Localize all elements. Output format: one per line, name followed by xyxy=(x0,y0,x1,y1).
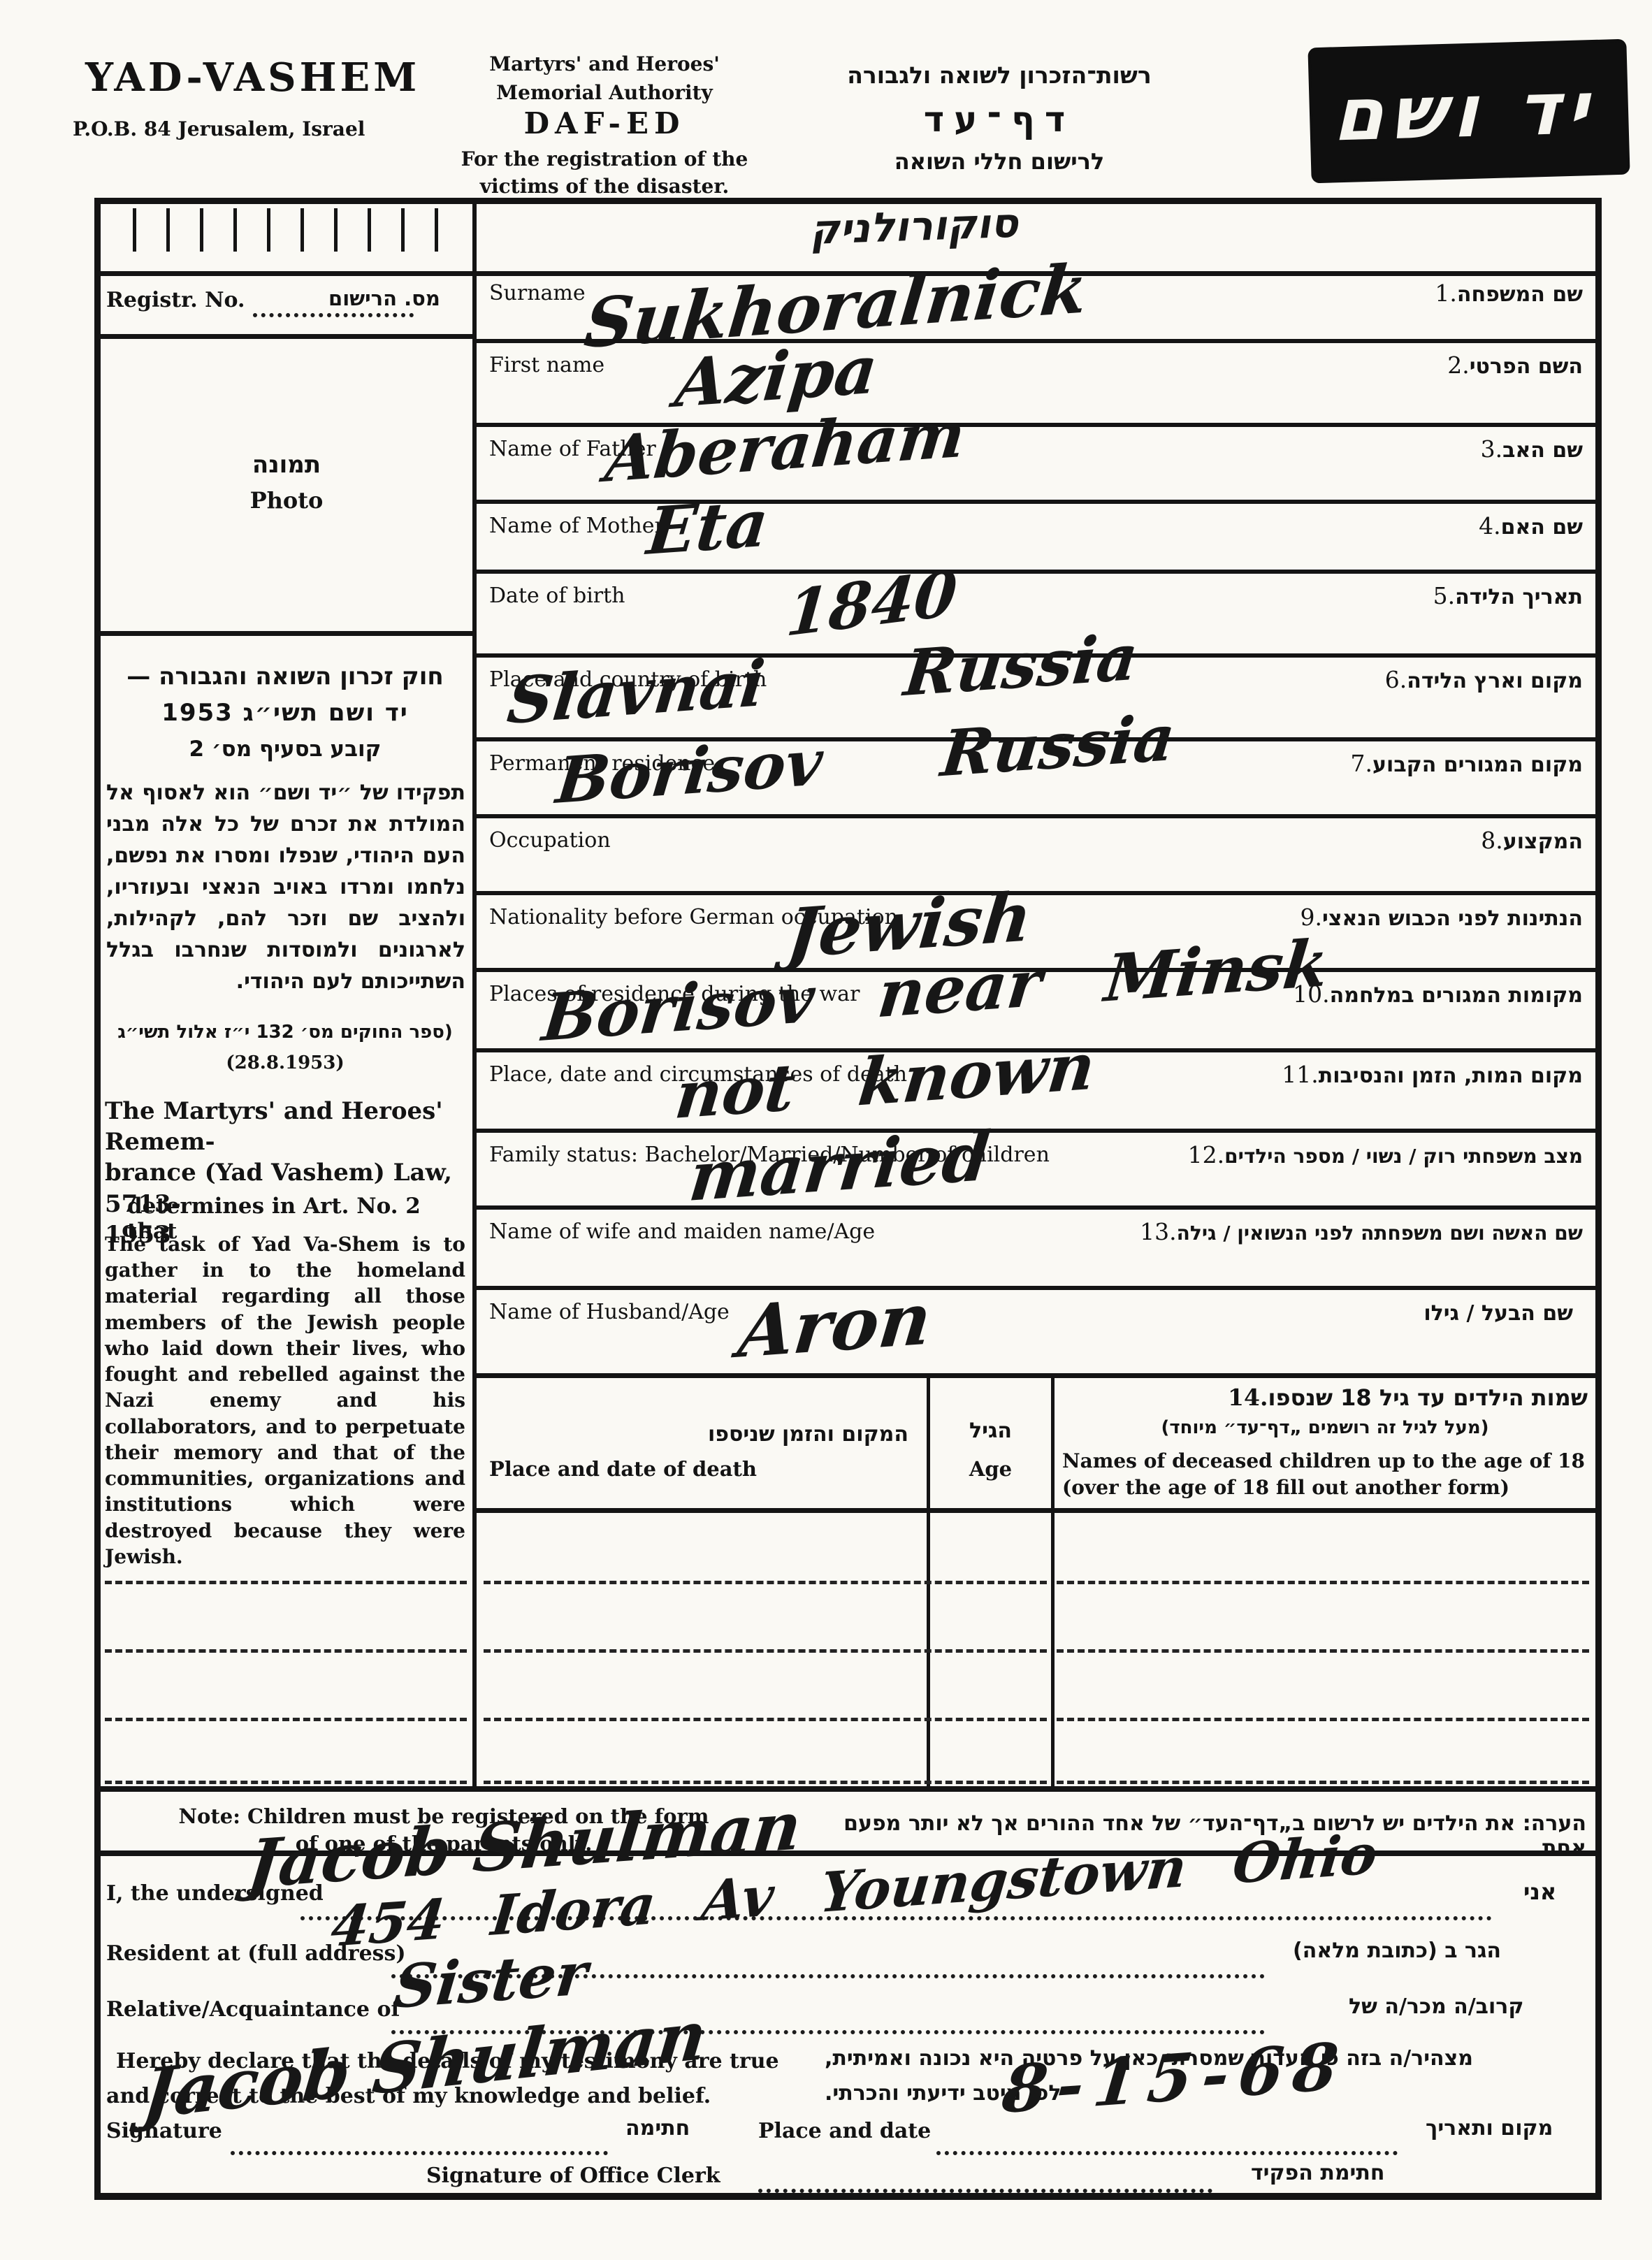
law-body: The task of Yad Va-Shem is to gather in … xyxy=(105,1231,465,1570)
authority-name: Martyrs' and Heroes' Memorial Authority xyxy=(437,50,772,107)
law-title-hebrew-line2: יד ושם תשי״ג 1953 xyxy=(105,699,465,727)
signature-fill-line xyxy=(231,2151,608,2155)
field-number: .12 xyxy=(1188,1141,1225,1168)
children-names-subheader: (over the age of 18 fill out another for… xyxy=(1062,1476,1588,1499)
registr-digit-tick xyxy=(166,208,170,252)
clerk-signature-label-hebrew: חתימת הפקיד xyxy=(1251,2161,1481,2185)
place-date-label-hebrew: מקום ותאריך xyxy=(1426,2116,1586,2141)
field-label-he: מקום המות, הזמן והנסיבות.11 xyxy=(1272,1061,1583,1088)
field-label-hebrew-text: השם הפרטי xyxy=(1470,354,1583,379)
daf-ed-registration-form: YAD-VASHEM P.O.B. 84 Jerusalem, Israel M… xyxy=(0,0,1652,2260)
field-label-hebrew-text: מקומות המגורים במלחמה xyxy=(1330,983,1583,1008)
place-date-fill-line xyxy=(936,2151,1398,2155)
sidebar-empty-row-line xyxy=(105,1581,467,1584)
field-number: .3 xyxy=(1481,435,1503,463)
field-number: .6 xyxy=(1385,666,1407,693)
children-table-row-line xyxy=(484,1649,1047,1653)
field-label-hebrew-text: שם האב xyxy=(1502,438,1583,463)
field-label-hebrew-text: תאריך הלידה xyxy=(1455,585,1583,609)
children-table-number: .14 xyxy=(1228,1384,1268,1411)
field-label-he: שם האב.3 xyxy=(1471,435,1583,463)
law-subtitle-hebrew: קובע בסעיף מס׳ 2 xyxy=(105,737,465,762)
field-label-he: מצב משפחתי רוק / נשוי / מספר הילדים.12 xyxy=(1178,1141,1583,1168)
field-row-occupation: Occupation המקצוע.8 xyxy=(477,818,1595,891)
registr-row-bottom-rule xyxy=(94,334,477,339)
family-status-value-handwritten: married xyxy=(686,1122,993,1211)
clerk-signature-fill-line xyxy=(758,2189,1212,2193)
law-body-hebrew: תפקידו של ״יד ושם״ הוא לאסוף אל המולדת א… xyxy=(106,777,465,997)
field-row-wife-name: Name of wife and maiden name/Age שם האשה… xyxy=(477,1210,1595,1286)
photo-box-bottom-rule xyxy=(94,631,477,636)
relative-value-handwritten: Sister xyxy=(391,1944,590,2017)
registr-digit-tick xyxy=(133,208,136,252)
field-number: .8 xyxy=(1481,827,1503,854)
field-label-he: שם האשה ושם משפחתה לפני הנשואין / גילה.1… xyxy=(1130,1218,1583,1245)
field-row-father: Name of Father שם האב.3 Aberaham xyxy=(477,427,1595,500)
form-code-hebrew: דף־עד xyxy=(804,99,1195,140)
undersigned-label-hebrew: אני xyxy=(1523,1878,1556,1905)
field-label-he: הנתינות לפני הכבוש הנאצי.9 xyxy=(1291,904,1583,931)
registr-digit-tick xyxy=(300,208,304,252)
field-number: .1 xyxy=(1435,280,1457,307)
frame-top-rule xyxy=(94,198,1602,204)
form-code: DAF-ED xyxy=(437,106,772,140)
field-label-he: השם הפרטי.2 xyxy=(1437,352,1583,379)
place-date-label: Place and date xyxy=(758,2119,931,2143)
field-label-en: Name of wife and maiden name/Age xyxy=(489,1219,875,1244)
children-table-row-line xyxy=(484,1781,1047,1784)
field-label-he: מקום וארץ הלידה.6 xyxy=(1375,666,1583,693)
registr-digit-tick xyxy=(401,208,405,252)
field-label-hebrew-text: שם הבעל / גילו xyxy=(1423,1301,1573,1326)
children-table-row-line xyxy=(1057,1781,1589,1784)
surname-hebrew-handwritten: סוקורולניק xyxy=(809,203,1019,250)
field-row-husband-name: Name of Husband/Age שם הבעל / גילו Aron xyxy=(477,1290,1595,1373)
relative-label: Relative/Acquaintance of xyxy=(106,1997,400,2022)
children-col-age-header: Age xyxy=(930,1457,1051,1481)
children-table-top-rule xyxy=(477,1373,1595,1378)
registr-digit-tick xyxy=(334,208,338,252)
registr-digit-tick xyxy=(200,208,203,252)
field-label-hebrew-text: הנתינות לפני הכבוש הנאצי xyxy=(1322,906,1583,931)
sidebar-empty-row-line xyxy=(105,1718,467,1721)
field-label-en: Name of Husband/Age xyxy=(489,1300,730,1324)
org-address: P.O.B. 84 Jerusalem, Israel xyxy=(73,117,365,140)
field-number: .5 xyxy=(1433,582,1456,609)
law-ref-hebrew-line1: (ספר החוקים מס׳ 132 י״ז אלול תשי״ג xyxy=(105,1022,465,1043)
children-table-row-line xyxy=(484,1718,1047,1721)
sidebar-empty-row-line xyxy=(105,1649,467,1653)
registr-no-label: Registr. No. xyxy=(106,288,245,312)
children-col-place-header-hebrew: המקום והזמן שניספו xyxy=(489,1422,908,1447)
sidebar-empty-row-line xyxy=(105,1781,467,1784)
field-label-hebrew-text: מקום המות, הזמן והנסיבות xyxy=(1319,1064,1583,1088)
children-table-header-rule xyxy=(477,1508,1595,1513)
field-row-permanent-residence: Permanent residence מקום המגורים הקבוע.7… xyxy=(477,741,1595,814)
children-col-age-header-hebrew: הגיל xyxy=(930,1419,1051,1443)
field-number: .7 xyxy=(1351,750,1373,777)
registr-no-fill-line xyxy=(253,313,414,317)
signature-label-hebrew: חתימה xyxy=(625,2116,690,2141)
yad-vashem-logo: יד ושם xyxy=(1310,42,1627,180)
registr-digit-tick xyxy=(368,208,371,252)
field-label-hebrew-text: המקצוע xyxy=(1503,830,1583,854)
law-title-hebrew-line1: חוק זכרון השואה והגבורה — xyxy=(105,662,465,690)
resident-label-hebrew: הגר ב (כתובת מלאה) xyxy=(1293,1939,1586,1963)
field-label-en: Name of Mother xyxy=(489,514,665,538)
law-ref-hebrew-line2: (28.8.1953) xyxy=(105,1052,465,1073)
children-names-header-hebrew: שמות הילדים עד גיל 18 שנספו.14 xyxy=(1062,1384,1588,1411)
form-purpose-hebrew: לרישום חללי השואה xyxy=(804,148,1195,175)
relative-label-hebrew: קרוב/ה מכר/ה של xyxy=(1349,1994,1586,2019)
field-number: .4 xyxy=(1479,512,1501,539)
date-of-birth-value-handwritten: 1840 xyxy=(784,562,959,645)
org-title: YAD-VASHEM xyxy=(85,55,420,101)
clerk-signature-label: Signature of Office Clerk xyxy=(426,2164,720,2188)
field-label-en: Occupation xyxy=(489,828,611,853)
field-row-first-name: First name השם הפרטי.2 Azipa xyxy=(477,343,1595,423)
field-label-en: First name xyxy=(489,353,604,377)
field-label-he: מקומות המגורים במלחמה.10 xyxy=(1283,980,1583,1008)
field-label-hebrew-text: מצב משפחתי רוק / נשוי / מספר הילדים xyxy=(1224,1145,1583,1168)
field-number: .13 xyxy=(1140,1218,1177,1245)
field-row-family-status: Family status: Bachelor/Married/Number o… xyxy=(477,1133,1595,1205)
field-label-he: המקצוע.8 xyxy=(1471,827,1583,854)
children-table-row-line xyxy=(1057,1718,1589,1721)
yad-vashem-logo-text: יד ושם xyxy=(1328,64,1609,157)
frame-left-rule xyxy=(94,198,101,2198)
children-table-row-line xyxy=(1057,1649,1589,1653)
registr-no-label-hebrew: מס. הרישום xyxy=(328,287,461,310)
field-number: .2 xyxy=(1447,352,1470,379)
field-label-en: Date of birth xyxy=(489,584,625,608)
field-label-he: מקום המגורים הקבוע.7 xyxy=(1341,750,1583,777)
field-label-hebrew-text: מקום המגורים הקבוע xyxy=(1372,753,1583,777)
registr-digit-tick xyxy=(233,208,237,252)
field-row-death-circumstances: Place, date and circumstances of death מ… xyxy=(477,1052,1595,1129)
frame-bottom-rule xyxy=(94,2193,1602,2200)
registr-digit-tick xyxy=(267,208,270,252)
registr-digit-tick xyxy=(435,208,438,252)
field-label-hebrew-text: שם המשפחה xyxy=(1457,282,1583,307)
field-label-hebrew-text: שם האשה ושם משפחתה לפני הנשואין / גילה xyxy=(1177,1222,1583,1245)
field-label-he: שם האם.4 xyxy=(1469,512,1583,539)
org-title-hebrew: רשות־הזכרון לשואה ולגבורה xyxy=(804,61,1195,89)
field-label-hebrew-text: מקום וארץ הלידה xyxy=(1407,669,1583,693)
photo-box-label-hebrew: תמונה xyxy=(101,451,472,479)
field-label-hebrew-text: שם האם xyxy=(1501,515,1583,539)
mother-name-value-handwritten: Eta xyxy=(644,491,771,564)
children-table-row-line xyxy=(484,1581,1047,1584)
children-names-subtitle-hebrew: (מעל לגיל זה רושמים „דף־עד״ מיוחד) xyxy=(1062,1417,1588,1438)
children-table-row-line xyxy=(1057,1581,1589,1584)
children-col-place-header: Place and date of death xyxy=(489,1457,757,1481)
children-names-title-hebrew: שמות הילדים עד גיל 18 שנספו xyxy=(1268,1384,1588,1411)
field-number: .11 xyxy=(1282,1061,1319,1088)
children-names-header: Names of deceased children up to the age… xyxy=(1062,1448,1588,1475)
field-label-he: תאריך הלידה.5 xyxy=(1423,582,1583,609)
field-label-he: שם המשפחה.1 xyxy=(1425,280,1583,307)
field-row-mother: Name of Mother שם האם.4 Eta xyxy=(477,504,1595,570)
photo-box-label: Photo xyxy=(101,487,472,514)
field-label-he: שם הבעל / גילו xyxy=(1423,1298,1583,1326)
children-table-col-divider xyxy=(1051,1373,1055,1786)
children-table-bottom-rule xyxy=(94,1786,1602,1792)
husband-name-value-handwritten: Aron xyxy=(735,1283,934,1368)
frame-right-rule xyxy=(1595,198,1602,2198)
field-label-en: Surname xyxy=(489,281,586,305)
form-purpose: For the registration of the victims of t… xyxy=(437,145,772,200)
